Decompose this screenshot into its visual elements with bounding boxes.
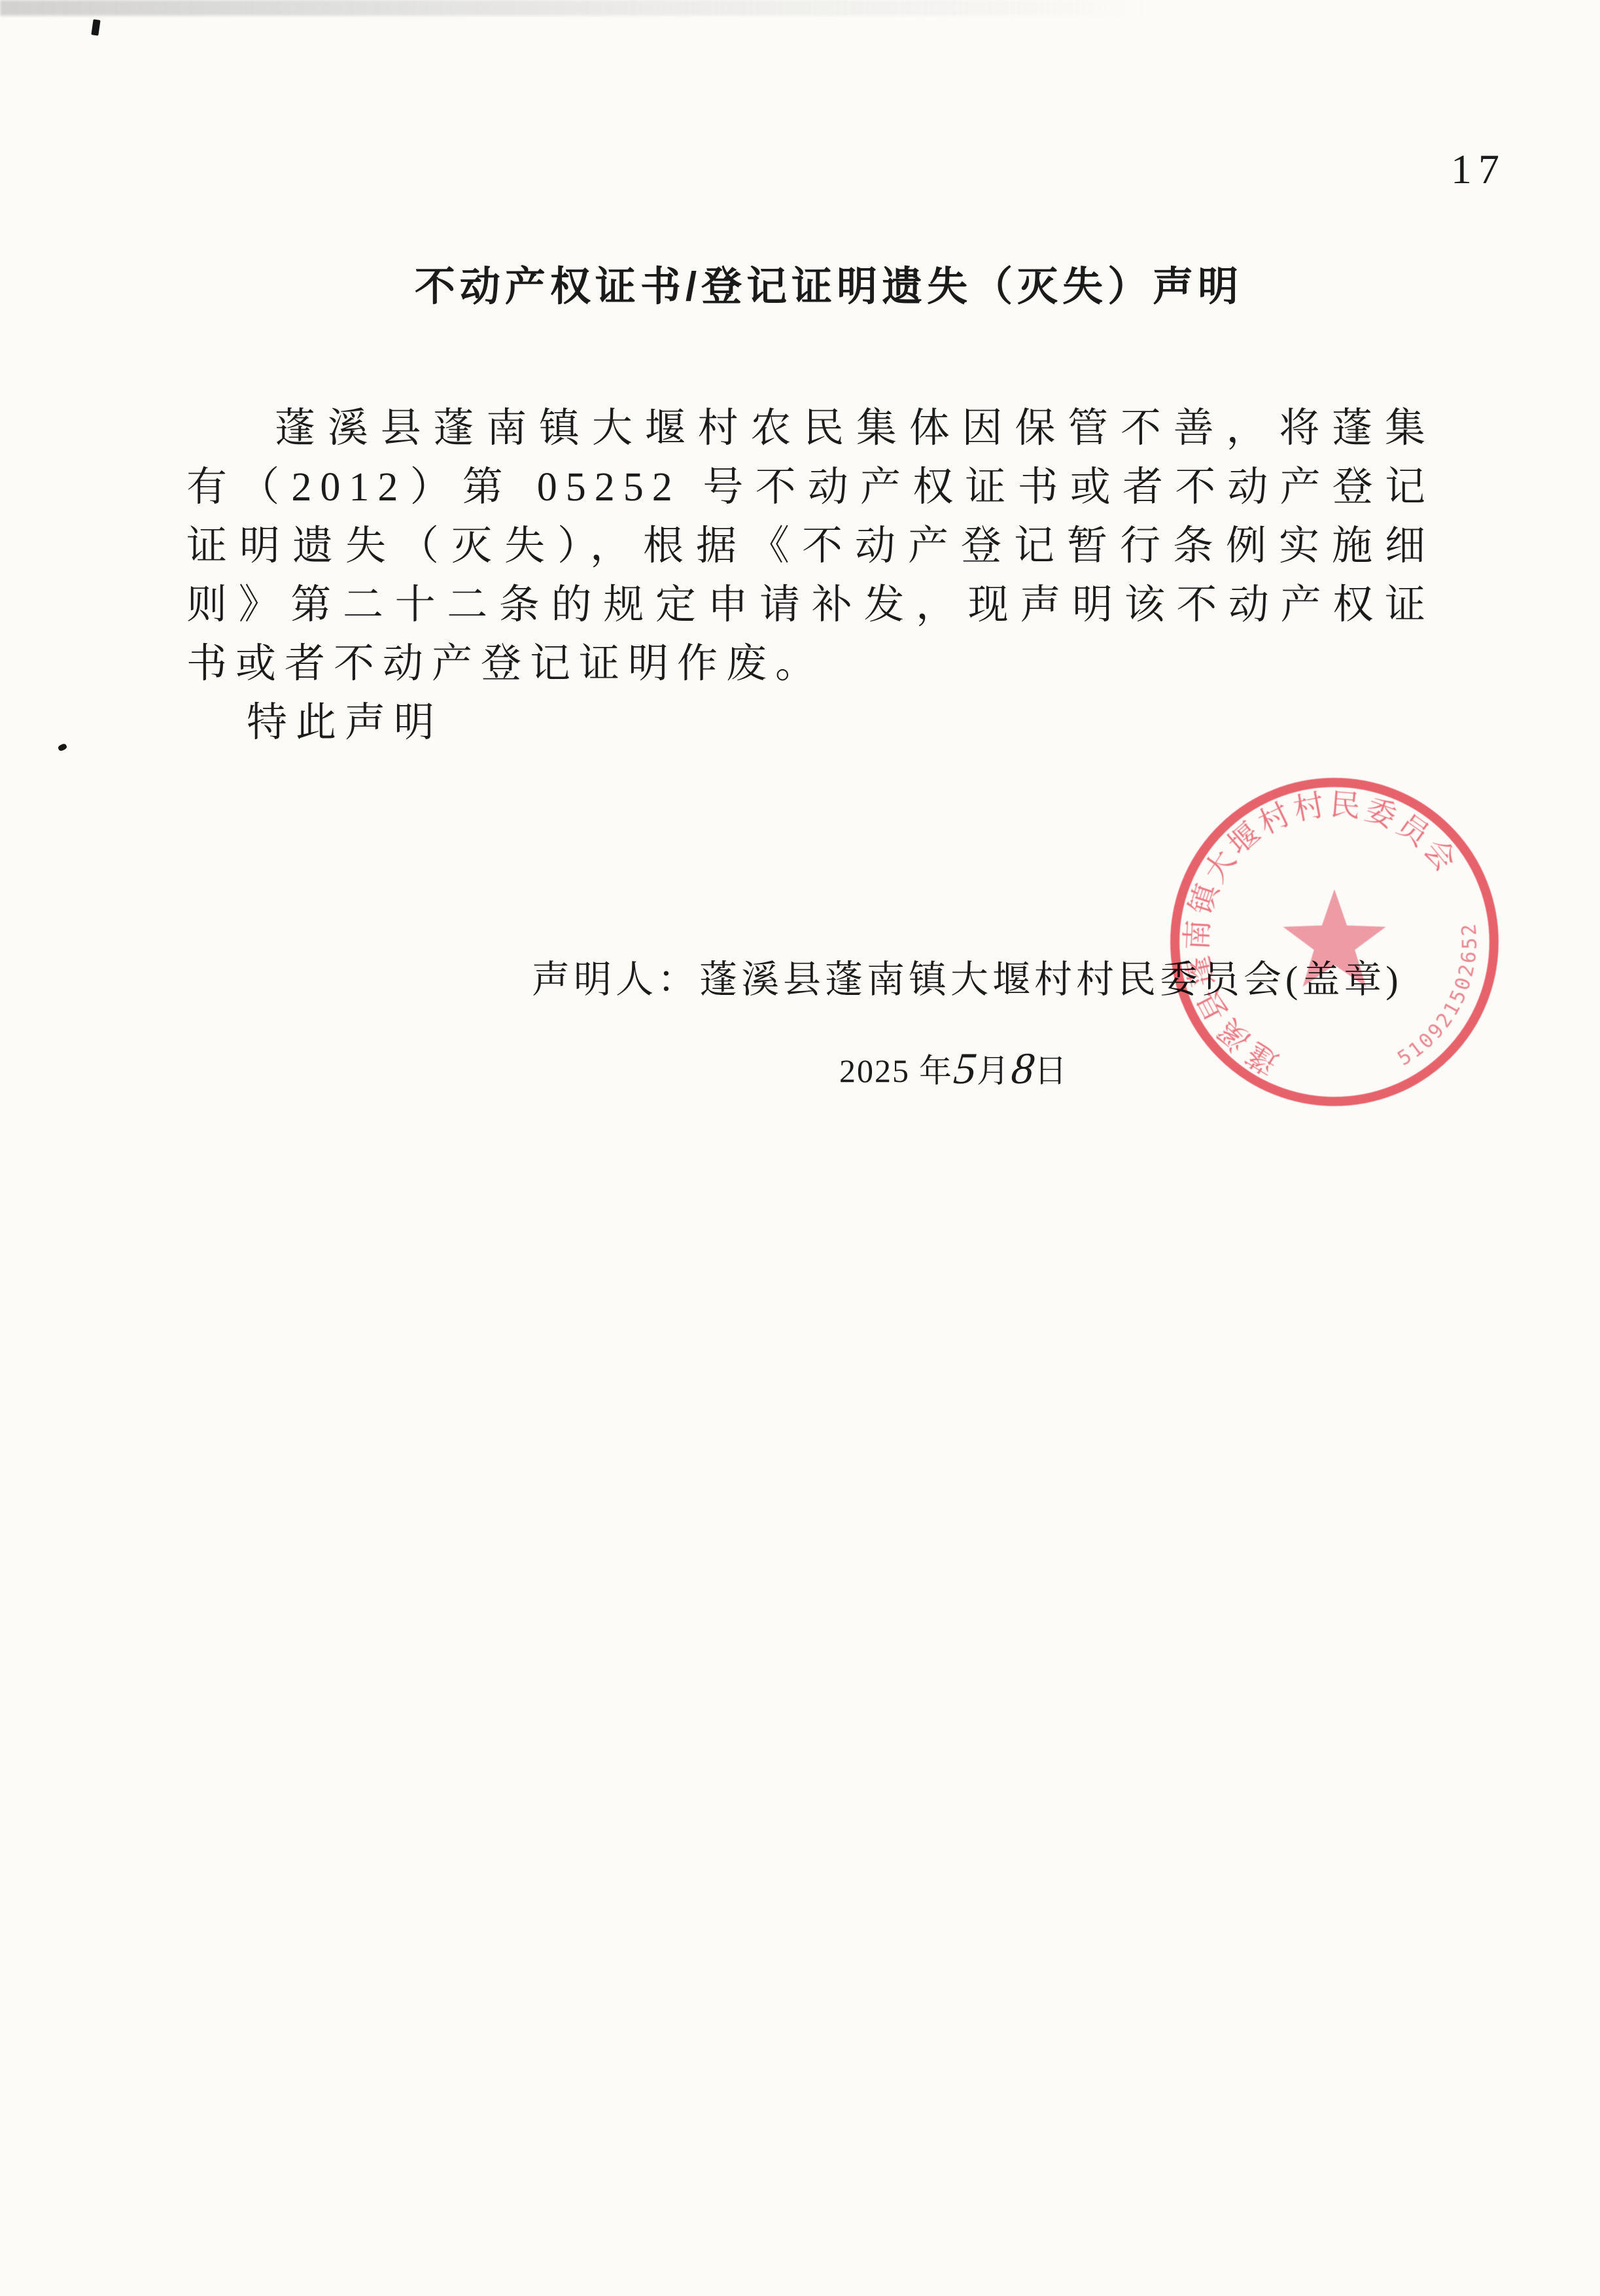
body-line: 证明遗失（灭失），根据《不动产登记暂行条例实施细 (186, 517, 1434, 576)
body-line: 则》第二十二条的规定申请补发，现声明该不动产权证 (186, 576, 1434, 635)
date-year: 2025 (839, 1052, 910, 1089)
date-day-handwritten: 8 (1009, 1043, 1037, 1094)
ink-speck (91, 19, 100, 35)
body-closing-line: 特此声明 (186, 693, 1434, 752)
seal-star-icon (1283, 889, 1385, 986)
document-title: 不动产权证书/登记证明遗失（灭失）声明 (29, 254, 1600, 312)
date-line: 2025年5月8日 (839, 1041, 1070, 1093)
date-year-label: 年 (919, 1052, 954, 1089)
ink-speck (58, 743, 68, 752)
body-line: 蓬溪县蓬南镇大堰村农民集体因保管不善，将蓬集 (186, 399, 1434, 458)
body-line: 有（2012）第 05252 号不动产权证书或者不动产登记 (186, 458, 1434, 517)
official-seal-stamp: 蓬溪县蓬南镇大堰村村民委员会 5109215026520 (1163, 771, 1506, 1113)
page-number: 17 (1451, 145, 1506, 194)
document-body: 蓬溪县蓬南镇大堰村农民集体因保管不善，将蓬集 有（2012）第 05252 号不… (186, 399, 1434, 752)
date-day-label: 日 (1034, 1052, 1070, 1089)
scan-edge-artifact (0, 0, 1151, 16)
body-line: 书或者不动产登记证明作废。 (186, 635, 1434, 693)
date-month-label: 月 (977, 1052, 1012, 1089)
date-month-handwritten: 5 (952, 1043, 979, 1094)
document-page: 17 不动产权证书/登记证明遗失（灭失）声明 蓬溪县蓬南镇大堰村农民集体因保管不… (0, 0, 1600, 2296)
